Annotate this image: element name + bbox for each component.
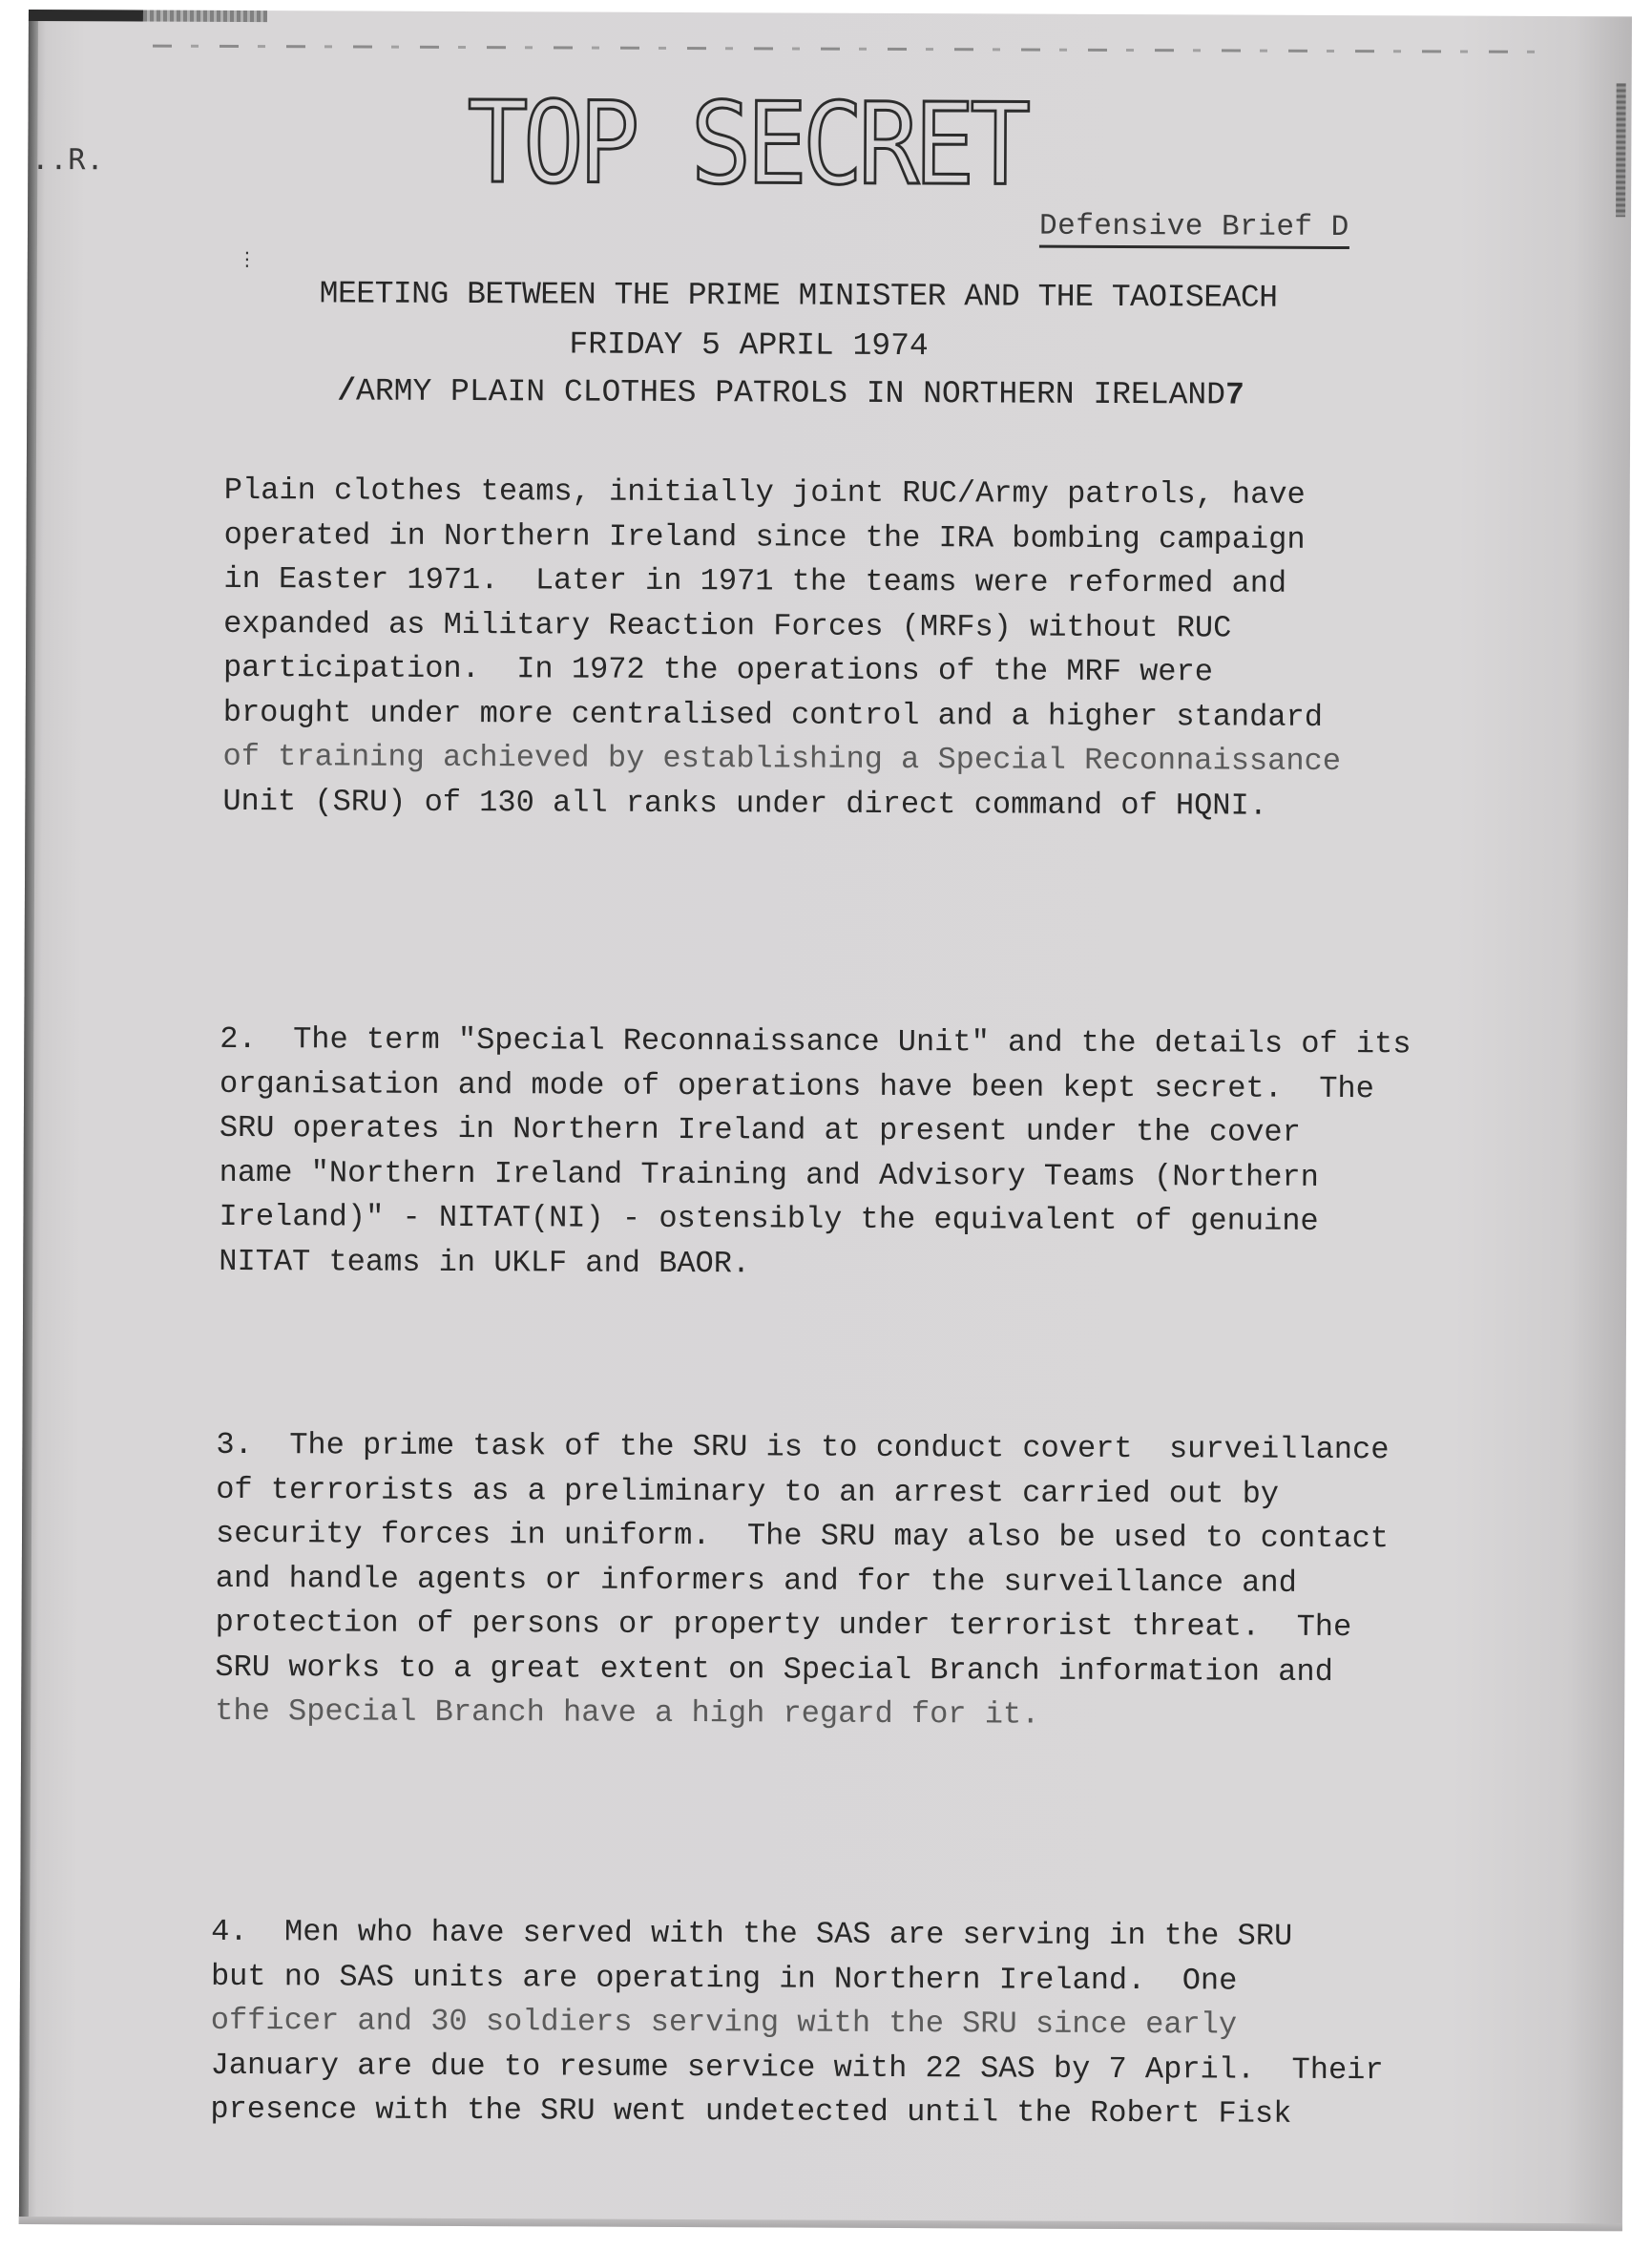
paragraph-3: 3. The prime task of the SRU is to condu… (215, 1423, 1389, 1739)
scan-top-blot (29, 10, 143, 22)
scan-right-edge-marks (1616, 83, 1626, 217)
heading-meeting: MEETING BETWEEN THE PRIME MINISTER AND T… (320, 276, 1652, 318)
paragraph-line: presence with the SRU went undetected un… (210, 2088, 1383, 2137)
defensive-brief-label: Defensive Brief D (1039, 210, 1349, 249)
paragraph-line: in Easter 1971. Later in 1971 the teams … (223, 557, 1342, 607)
paragraph-2: 2. The term "Special Reconnaissance Unit… (219, 1018, 1411, 1289)
scan-bottom-edge (19, 2217, 1622, 2231)
paragraph-line: participation. In 1972 the operations of… (223, 646, 1342, 696)
ink-speck: ⋮ (238, 247, 257, 270)
heading-subject: /ARMY PLAIN CLOTHES PATROLS IN NORTHERN … (337, 373, 1652, 415)
paragraph-line: brought under more centralised control a… (223, 690, 1342, 740)
paragraph-line: of terrorists as a preliminary to an arr… (216, 1467, 1389, 1517)
margin-mark: ..R. (31, 143, 104, 177)
paragraph-line: Ireland)" - NITAT(NI) - ostensibly the e… (219, 1195, 1410, 1245)
paragraph-line: 2. The term "Special Reconnaissance Unit… (220, 1018, 1411, 1067)
paragraph-line: 3. The prime task of the SRU is to condu… (216, 1423, 1389, 1473)
heading-subject-text: ARMY PLAIN CLOTHES PATROLS IN NORTHERN I… (356, 374, 1225, 413)
paragraph-line: and handle agents or informers and for t… (216, 1556, 1389, 1606)
paragraph-line: expanded as Military Reaction Forces (MR… (223, 601, 1342, 651)
scan-dashed-rule (153, 45, 1546, 53)
paragraph-line: of training achieved by establishing a S… (222, 735, 1341, 785)
top-secret-stamp: TOP SECRET (467, 86, 1026, 201)
paragraph-line: SRU works to a great extent on Special B… (215, 1645, 1388, 1694)
paragraph-line: protection of persons or property under … (216, 1601, 1389, 1650)
paragraph-line: but no SAS units are operating in Northe… (211, 1954, 1384, 2004)
document-page: ..R. TOP SECRET Defensive Brief D ⋮ MEET… (19, 10, 1632, 2231)
scan-top-blot-faint (143, 11, 267, 23)
paragraph-line: organisation and mode of operations have… (220, 1061, 1411, 1111)
paragraph-line: Unit (SRU) of 130 all ranks under direct… (222, 779, 1341, 829)
open-bracket: / (337, 373, 356, 409)
paragraph-line: NITAT teams in UKLF and BAOR. (219, 1239, 1410, 1289)
heading-date: FRIDAY 5 APRIL 1974 (569, 326, 1652, 368)
scan-left-edge-shadow (19, 10, 38, 2224)
paragraph-line: SRU operates in Northern Ireland at pres… (220, 1106, 1411, 1156)
paragraph-line: January are due to resume service with 2… (211, 2043, 1384, 2092)
paragraph-line: 4. Men who have served with the SAS are … (211, 1910, 1384, 1960)
paragraph-1: Plain clothes teams, initially joint RUC… (222, 469, 1342, 829)
paragraph-4: 4. Men who have served with the SAS are … (210, 1910, 1384, 2137)
paragraph-line: Plain clothes teams, initially joint RUC… (224, 469, 1343, 518)
paragraph-line: officer and 30 soldiers serving with the… (211, 1999, 1384, 2049)
paragraph-line: security forces in uniform. The SRU may … (216, 1512, 1389, 1562)
paragraph-line: operated in Northern Ireland since the I… (223, 513, 1342, 562)
paragraph-line: name "Northern Ireland Training and Advi… (220, 1150, 1411, 1200)
close-bracket: 7 (1225, 377, 1244, 412)
paragraph-line: the Special Branch have a high regard fo… (215, 1690, 1388, 1739)
